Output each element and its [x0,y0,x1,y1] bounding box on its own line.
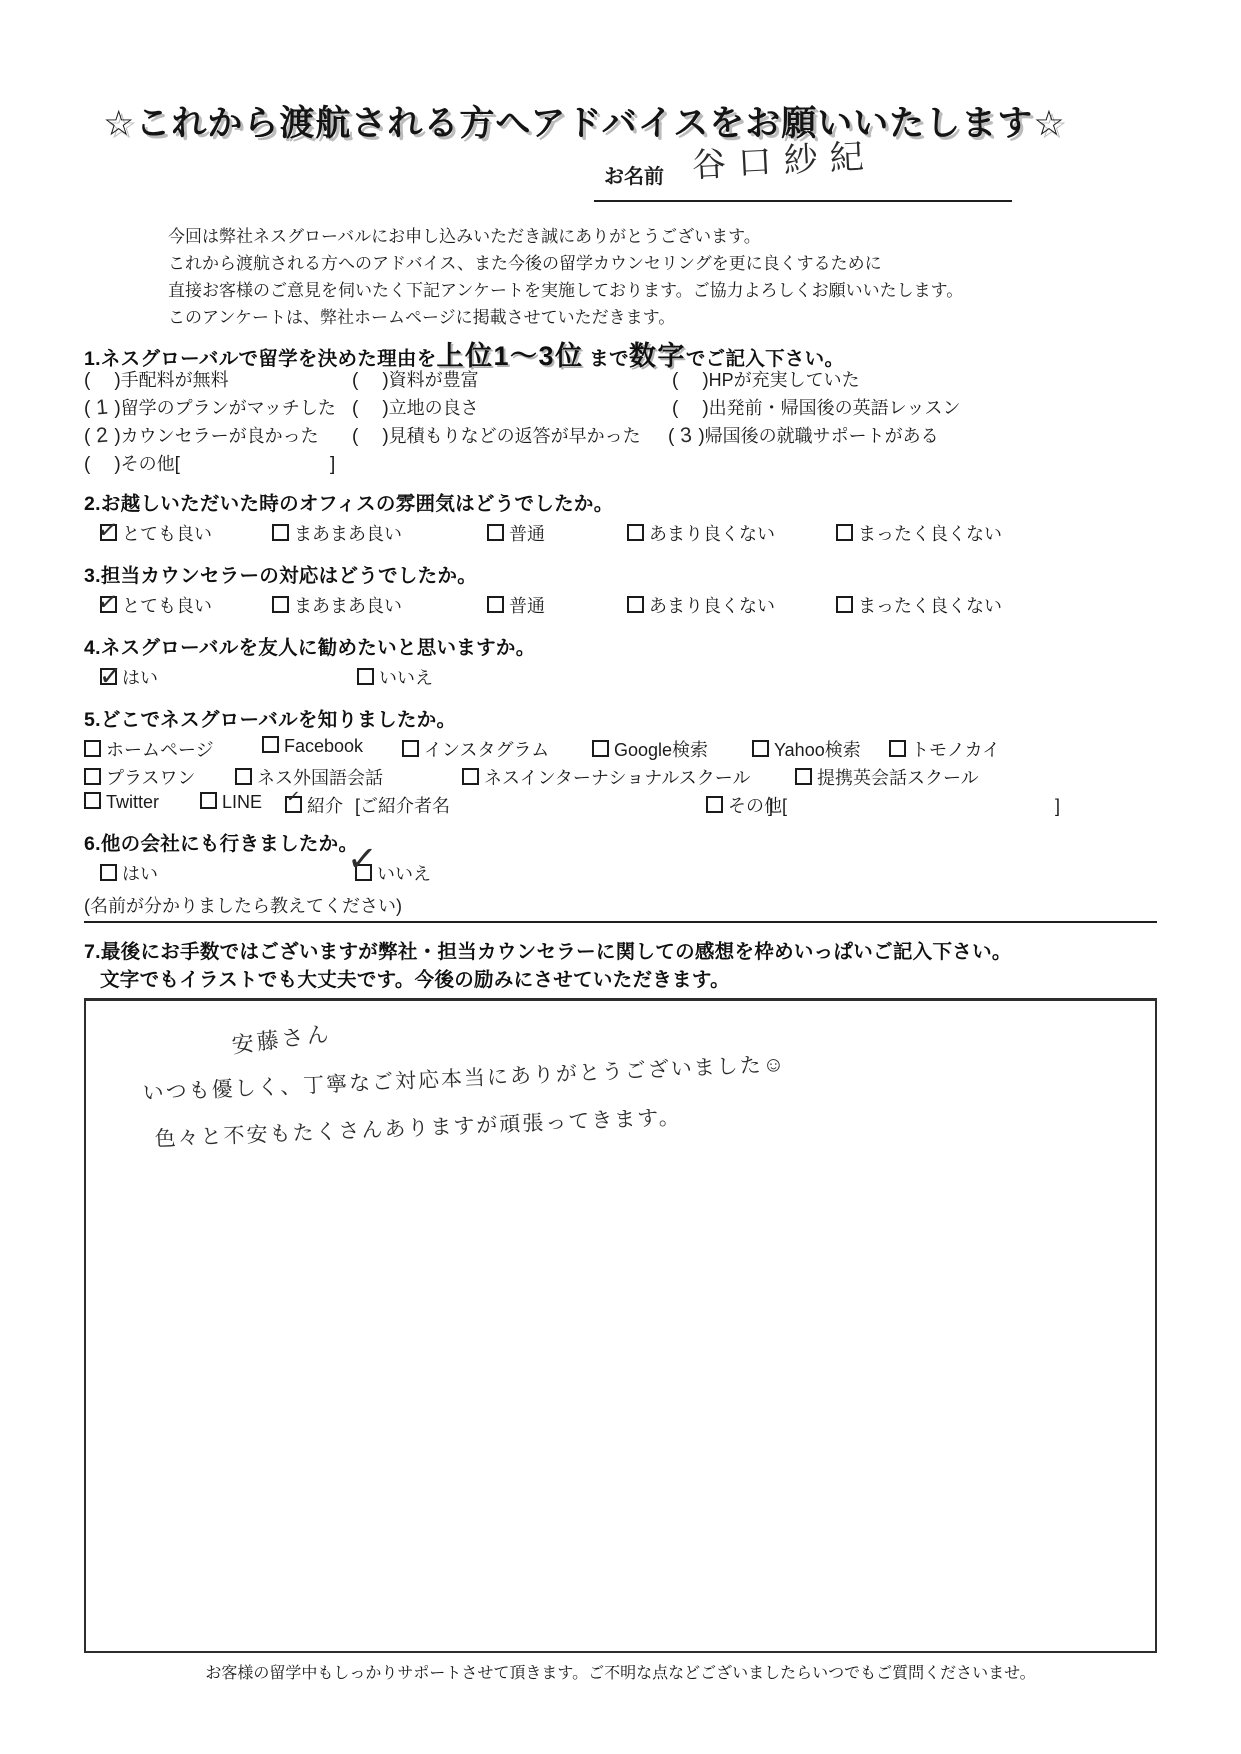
checkbox [752,740,769,757]
q5-option-line: LINE [200,792,262,813]
rank-entry-1: 1 [89,395,115,421]
check-mark: ✓ [96,589,119,616]
q1-option-shushoku-support: (3)帰国後の就職サポートがある [668,422,939,448]
q4-options-row: ✓はい いいえ [0,664,1241,690]
rank-entry [358,385,382,387]
option-label: 普通 [509,596,545,616]
q5-option-shokai: ✓紹介 [285,792,343,818]
q1-row-1: ()手配料が無料 ()資料が豊富 ()HPが充実していた [0,366,1241,392]
q2-heading: 2.お越しいただいた時のオフィスの雰囲気はどうでしたか。 [84,488,614,516]
rank-entry [90,385,114,387]
option-label: はい [122,668,158,688]
q5-row-3: Twitter LINE ✓紹介 [ご紹介者名] その他[] [0,792,1241,818]
option-label: HPが充実していた [709,370,860,390]
checkbox [836,524,853,541]
q1-option-shiryo: ()資料が豊富 [352,366,479,392]
option-label: 手配料が無料 [121,370,229,390]
q5-option-teikei-eikaiwa: 提携英会話スクール [795,764,979,790]
q3-option-amari-yokunai: あまり良くない [627,592,775,618]
option-label: まったく良くない [858,596,1002,616]
paren-open: ( [352,398,358,420]
q5-option-other: その他[] [706,792,1060,818]
handwritten-comment-line3: 色々と不安もたくさんありますが頑張ってきます。 [154,1101,682,1153]
q3-option-mattaku-yokunai: まったく良くない [836,592,1002,618]
q2-option-totemo-yoi: ✓とても良い [100,520,212,546]
q2-option-futsuu: 普通 [487,520,545,546]
option-label: 出発前・帰国後の英語レッスン [709,398,961,418]
checkbox [627,524,644,541]
paren-open: ( [352,426,358,448]
option-label: 留学のプランがマッチした [121,398,336,418]
q5-option-homepage: ホームページ [84,736,214,762]
intro-line: 今回は弊社ネスグローバルにお申し込みいただき誠にありがとうございます。 [168,222,761,247]
paren-open: ( [672,370,678,392]
q5-heading: 5.どこでネスグローバルを知りましたか。 [84,704,456,732]
checkbox [592,740,609,757]
q6-note: (名前が分かりましたら教えてください) [84,892,402,918]
q5-option-nes-gaikokugo: ネス外国語会話 [235,764,383,790]
handwritten-comment-line1: 安藤さん [230,1017,333,1060]
paren-open: ( [352,370,358,392]
option-label: まあまあ良い [294,524,402,544]
q4-option-hai: ✓はい [100,664,158,690]
q1-option-ritchi: ()立地の良さ [352,394,479,420]
checkbox [100,864,117,881]
option-label: Yahoo検索 [774,740,861,760]
bracket-close: ] [330,454,335,476]
option-label: 見積もりなどの返答が早かった [389,426,641,446]
q5-option-plusone: プラスワン [84,764,195,790]
option-label: いいえ [377,864,431,884]
q1-row-2: (1)留学のプランがマッチした ()立地の良さ ()出発前・帰国後の英語レッスン [0,394,1241,420]
q2-option-amari-yokunai: あまり良くない [627,520,775,546]
bracket-close: ] [1055,796,1060,816]
checkbox [84,740,101,757]
option-label: いいえ [379,668,433,688]
option-label: 資料が豊富 [389,370,479,390]
footer-note: お客様の留学中もしっかりサポートさせて頂きます。ご不明な点などございましたらいつ… [0,1660,1241,1683]
checkbox [235,768,252,785]
scanned-survey-page: ☆これから渡航される方へアドバイスをお願いいたします☆ お名前 谷口紗紀 今回は… [0,0,1241,1754]
q7-heading-line2: 文字でもイラストでも大丈夫です。今後の励みにさせていただきます。 [100,964,730,992]
checkbox [357,668,374,685]
q5-option-nes-international: ネスインターナショナルスクール [462,764,750,790]
q6-option-hai: はい [100,860,158,886]
q2-options-row: ✓とても良い まあまあ良い 普通 あまり良くない まったく良くない [0,520,1241,546]
option-label: ネスインターナショナルスクール [484,768,750,788]
q5-option-instagram: インスタグラム [402,736,549,762]
option-label: カウンセラーが良かった [121,426,319,446]
rank-entry-2: 2 [89,423,115,449]
q1-option-english-lesson: ()出発前・帰国後の英語レッスン [672,394,960,420]
intro-line: これから渡航される方へのアドバイス、また今後の留学カウンセリングを更に良くするた… [168,249,882,274]
q5-option-twitter: Twitter [84,792,159,813]
option-label: Facebook [284,736,363,756]
q1-row-3: (2)カウンセラーが良かった ()見積もりなどの返答が早かった (3)帰国後の就… [0,422,1241,448]
checkbox [272,596,289,613]
checkbox [487,596,504,613]
rank-entry [358,413,382,415]
paren-open: ( [84,370,90,392]
intro-line: 直接お客様のご意見を伺いたく下記アンケートを実施しております。ご協力よろしくお願… [168,276,963,301]
option-label: ネス外国語会話 [257,768,383,788]
option-label: 紹介 [307,796,343,816]
q7-heading-line1: 7.最後にお手数ではございますが弊社・担当カウンセラーに関しての感想を枠めいっぱ… [84,936,1012,964]
check-mark: ✓ [96,517,119,544]
q6-answer-line [84,921,1157,923]
checkbox [462,768,479,785]
q5-option-tomonokai: トモノカイ [889,736,1000,762]
name-handwritten-value: 谷口紗紀 [690,128,876,187]
q1-option-mitsumori: ()見積もりなどの返答が早かった [352,422,641,448]
bracket-open: [ [175,454,180,476]
option-label: 提携英会話スクール [817,768,979,788]
checkbox [487,524,504,541]
comment-box: 安藤さん いつも優しく、丁寧なご対応本当にありがとうございました☺ 色々と不安も… [84,998,1157,1653]
q5-option-facebook: Facebook [262,736,363,757]
q5-row-1: ホームページ Facebook インスタグラム Google検索 Yahoo検索… [0,736,1241,762]
q3-option-totemo-yoi: ✓とても良い [100,592,212,618]
rank-entry [678,385,702,387]
checkbox [795,768,812,785]
checkbox-checked: ✓ [285,796,302,813]
checkbox [627,596,644,613]
option-label: その他[ [728,796,787,816]
q3-heading: 3.担当カウンセラーの対応はどうでしたか。 [84,560,477,588]
option-label: 立地の良さ [389,398,479,418]
checkbox [836,596,853,613]
checkbox [706,796,723,813]
q1-option-tehairyo: ()手配料が無料 [84,366,229,392]
checkbox-checked: ✓ [100,596,117,613]
checkbox [272,524,289,541]
checkbox [402,740,419,757]
q6-heading: 6.他の会社にも行きましたか。 [84,828,358,856]
rank-entry [358,441,382,443]
check-mark: ✓ [98,662,122,690]
paren-open: ( [84,454,90,476]
option-label: まったく良くない [858,524,1002,544]
option-label: トモノカイ [911,740,1000,760]
option-label: プラスワン [106,768,195,788]
rank-entry [678,413,702,415]
rank-entry-3: 3 [673,423,699,449]
name-underline [594,200,1012,202]
checkbox [889,740,906,757]
option-label: その他 [121,454,175,474]
checkbox [84,792,101,809]
q3-option-futsuu: 普通 [487,592,545,618]
referrer-name-label: [ご紹介者名 [355,796,450,816]
checkbox [200,792,217,809]
q6-option-iie: ✓いいえ [355,860,431,886]
option-label: とても良い [122,596,212,616]
q3-option-maamaa-yoi: まあまあ良い [272,592,402,618]
checkbox [262,736,279,753]
q5-row-2: プラスワン ネス外国語会話 ネスインターナショナルスクール 提携英会話スクール [0,764,1241,790]
option-label: LINE [222,792,262,812]
option-label: はい [122,864,158,884]
option-label: あまり良くない [649,524,775,544]
option-label: まあまあ良い [294,596,402,616]
intro-line: このアンケートは、弊社ホームページに掲載させていただきます。 [168,303,675,328]
q4-option-iie: いいえ [357,664,433,690]
option-label: ホームページ [106,740,214,760]
option-label: とても良い [122,524,212,544]
q1-option-counselor: (2)カウンセラーが良かった [84,422,319,448]
q2-option-mattaku-yokunai: まったく良くない [836,520,1002,546]
check-mark: ✓ [285,788,301,806]
option-label: 普通 [509,524,545,544]
option-label: Twitter [106,792,159,812]
checkbox [84,768,101,785]
page-title: ☆これから渡航される方へアドバイスをお願いいたします☆ [103,96,1066,146]
paren-open: ( [672,398,678,420]
checkbox-checked: ✓ [100,524,117,541]
checkbox-checked: ✓ [355,864,372,881]
q5-option-yahoo: Yahoo検索 [752,736,861,762]
q1-option-other: ()その他[] [84,450,335,476]
q3-options-row: ✓とても良い まあまあ良い 普通 あまり良くない まったく良くない [0,592,1241,618]
name-label: お名前 [604,160,664,189]
q1-option-hp: ()HPが充実していた [672,366,860,392]
checkbox-checked: ✓ [100,668,117,685]
option-label: インスタグラム [424,740,549,760]
q1-option-plan-match: (1)留学のプランがマッチした [84,394,336,420]
q5-option-google: Google検索 [592,736,708,762]
q2-option-maamaa-yoi: まあまあ良い [272,520,402,546]
option-label: Google検索 [614,740,708,760]
q4-heading: 4.ネスグローバルを友人に勧めたいと思いますか。 [84,632,536,660]
option-label: あまり良くない [649,596,775,616]
q1-row-other: ()その他[] [0,450,1241,476]
q6-options-row: はい ✓いいえ [0,860,1241,886]
rank-entry [90,469,114,471]
option-label: 帰国後の就職サポートがある [705,426,939,446]
